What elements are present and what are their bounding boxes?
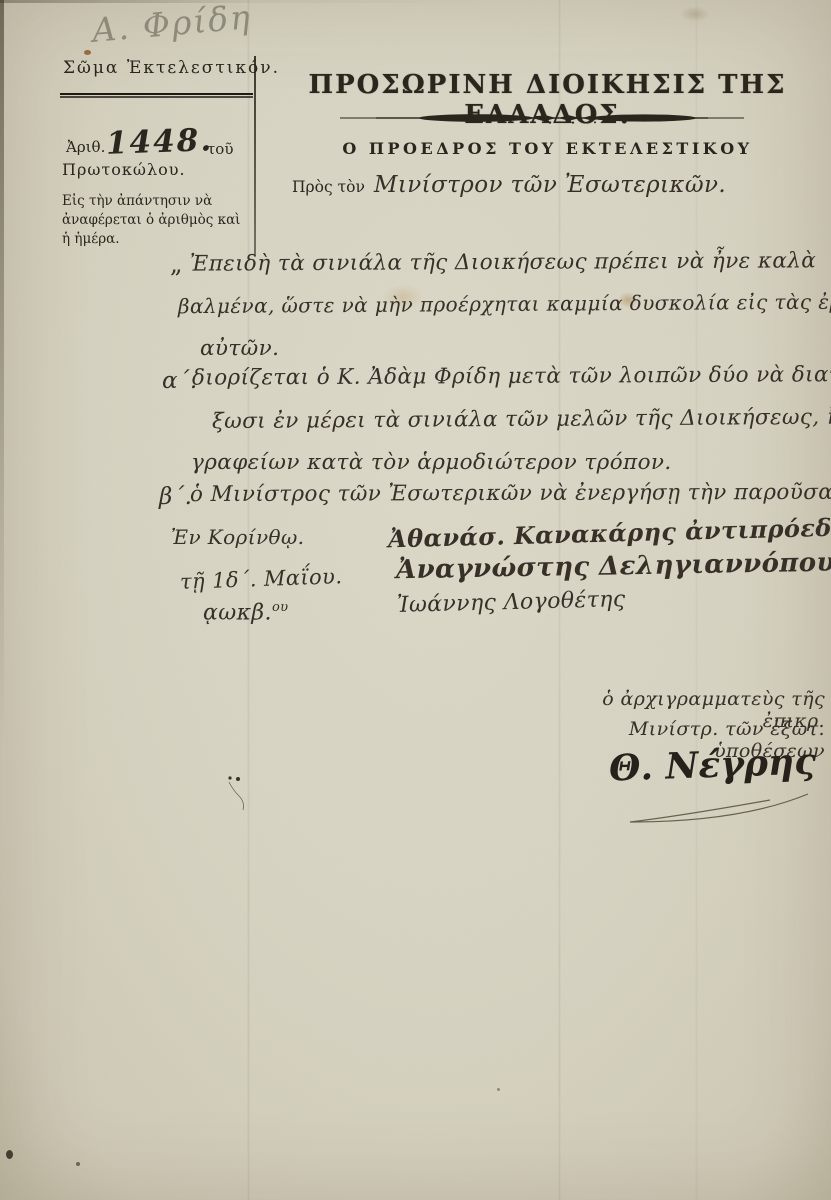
article-a-line: διορίζεται ὁ Κ. Ἀδὰμ Φρίδη μετὰ τῶν λοιπ… bbox=[192, 364, 812, 389]
dateline-year: ᾳωκβ.ου bbox=[203, 600, 288, 625]
edge-speck bbox=[497, 1088, 500, 1091]
stray-ink-mark bbox=[222, 772, 248, 812]
addressee-printed-prefix: Πρὸς τὸν bbox=[292, 178, 365, 196]
signature-negris: Θ. Νέγρης bbox=[599, 740, 825, 790]
article-a-line: ξωσι ἐν μέρει τὰ σινιάλα τῶν μελῶν τῆς Δ… bbox=[212, 407, 812, 433]
paper-stain bbox=[680, 6, 710, 22]
ornament-divider bbox=[336, 110, 748, 126]
preamble-line: αὐτῶν. bbox=[200, 338, 279, 360]
signature-kanakaris: Ἀθανάσ. Κανακάρης ἀντιπρόεδρος bbox=[388, 512, 831, 554]
article-b-label: β´. bbox=[159, 486, 192, 509]
signature-logothetis: Ἰωάννης Λογοθέτης bbox=[397, 587, 626, 618]
preamble-line: βαλμένα, ὥστε νὰ μὴν προέρχηται καμμία δ… bbox=[178, 292, 812, 316]
edge-speck bbox=[76, 1162, 80, 1166]
signature-deligiannopoulos: Ἀναγνώστης Δεληγιαννόπουλος bbox=[396, 547, 831, 586]
issuing-office-title: Ο ΠΡΟΕΔΡΟΣ ΤΟΥ ΕΚΤΕΛΕΣΤΙΚΟΥ bbox=[280, 139, 815, 158]
protocol-number-value: 1448. bbox=[105, 122, 213, 162]
addressee-handwritten: Μινίστρον τῶν Ἐσωτερικῶν. bbox=[374, 172, 726, 198]
reply-reference-note: Εἰς τὴν ἀπάντησιν νὰ ἀναφέρεται ὁ ἀριθμὸ… bbox=[62, 192, 247, 249]
ink-blot bbox=[84, 50, 91, 55]
horizontal-rule bbox=[60, 93, 253, 98]
signature-flourish bbox=[620, 792, 820, 826]
protocol-of-word: τοῦ bbox=[207, 140, 233, 158]
addressee-line: Πρὸς τὸν Μινίστρον τῶν Ἐσωτερικῶν. bbox=[292, 172, 726, 198]
article-a-line: γραφείων κατὰ τὸν ἁρμοδιώτερον τρόπον. bbox=[191, 452, 672, 474]
protocol-word: Πρωτοκώλου. bbox=[62, 160, 186, 179]
scan-edge-shadow bbox=[0, 0, 4, 744]
vertical-divider-rule bbox=[254, 56, 256, 254]
article-b-line: ὁ Μινίστρος τῶν Ἐσωτερικῶν νὰ ἐνεργήσῃ τ… bbox=[190, 482, 818, 506]
dateline-year-superscript: ου bbox=[272, 600, 289, 615]
scan-edge-shadow bbox=[0, 0, 831, 3]
protocol-number-label: Ἀριθ. bbox=[66, 138, 105, 156]
dateline-year-main: ᾳωκβ. bbox=[203, 600, 272, 625]
manuscript-document-scan: Α. Φρίδη Σῶμα Ἐκτελεστικόν. Ἀριθ. 1448. … bbox=[0, 0, 831, 1200]
preamble-line: Ἐπειδὴ τὰ σινιάλα τῆς Διοικήσεως πρέπει … bbox=[190, 250, 808, 275]
dateline-place: Ἐν Κορίνθῳ. bbox=[171, 525, 304, 549]
executive-corps-label: Σῶμα Ἐκτελεστικόν. bbox=[63, 58, 280, 78]
pencil-annotation: Α. Φρίδη bbox=[91, 0, 254, 50]
opening-quote-mark: „ bbox=[170, 250, 182, 278]
edge-speck bbox=[6, 1150, 13, 1159]
dateline-day: τῇ 1δ´. Μαΐου. bbox=[180, 564, 343, 594]
